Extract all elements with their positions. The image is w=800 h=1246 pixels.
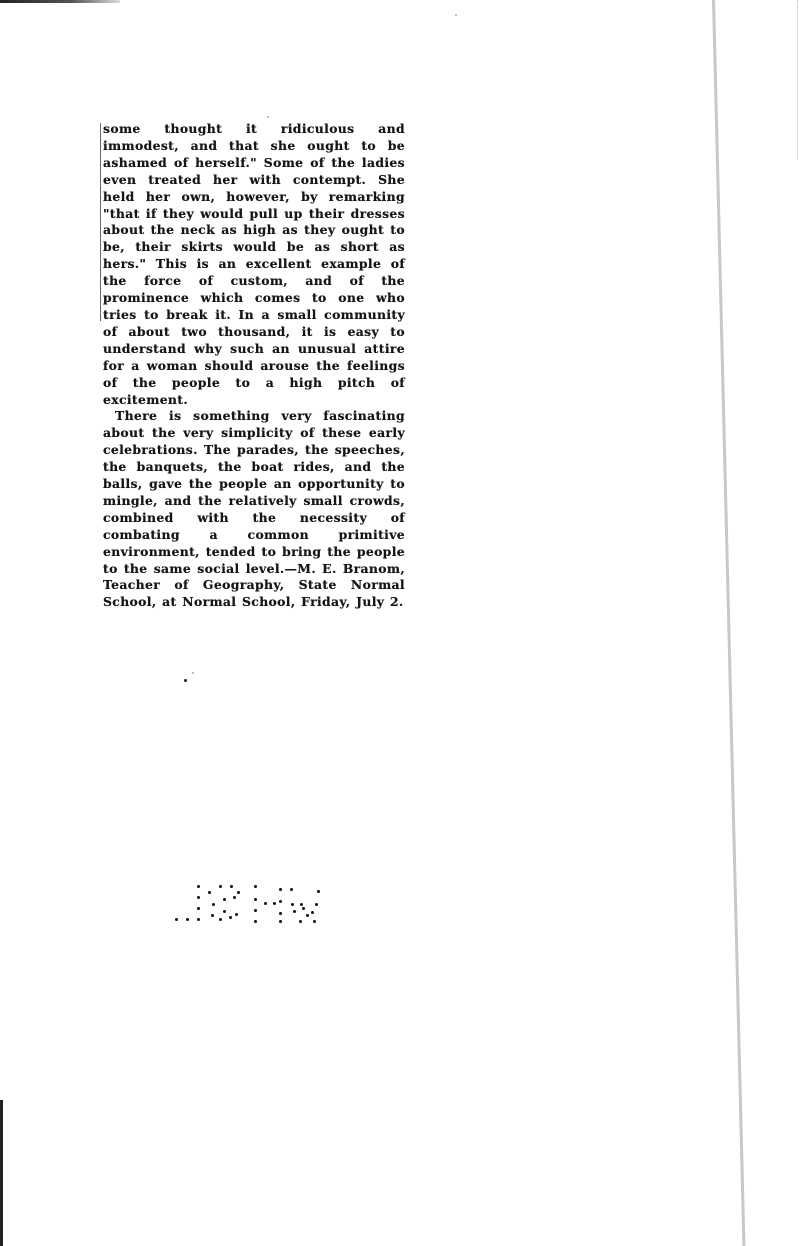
perforation-dot <box>293 910 296 913</box>
perforation-dot <box>254 920 257 923</box>
perforation-dot <box>299 920 302 923</box>
scan-speck <box>184 679 187 682</box>
paragraph-2: There is something very fascinating abou… <box>103 408 405 611</box>
perforation-dot <box>264 902 267 905</box>
perforation-dot <box>254 885 257 888</box>
perforation-dot <box>186 918 189 921</box>
perforation-dot <box>279 920 282 923</box>
scan-speck <box>455 14 457 16</box>
perforation-dot <box>291 903 294 906</box>
perforation-dot <box>273 902 276 905</box>
perforation-dot <box>300 903 303 906</box>
scan-right-edge <box>794 0 798 160</box>
page-fold-line <box>712 0 745 1246</box>
perforation-dot <box>311 911 314 914</box>
perforation-dot <box>223 910 226 913</box>
newspaper-clipping: some thought it ridiculous and immodest,… <box>103 121 405 611</box>
perforation-dot <box>197 896 200 899</box>
perforation-dot <box>279 888 282 891</box>
perforation-dot <box>233 896 236 899</box>
perforation-dot <box>230 885 233 888</box>
scan-speck <box>267 116 269 118</box>
perforation-dot <box>229 916 232 919</box>
perforation-dot <box>197 918 200 921</box>
perforation-dot <box>219 885 222 888</box>
perforation-dot <box>317 890 320 893</box>
perforation-dot <box>279 912 282 915</box>
perforation-dot <box>197 907 200 910</box>
clipping-left-border <box>100 123 101 321</box>
perforation-dot <box>254 898 257 901</box>
perforation-dot <box>211 914 214 917</box>
perforation-dot <box>306 914 309 917</box>
perforation-dot <box>235 913 238 916</box>
scan-speck <box>192 672 194 674</box>
perforation-dot <box>315 903 318 906</box>
perforated-stamp <box>175 880 345 930</box>
perforation-dot <box>313 920 316 923</box>
perforation-dot <box>279 900 282 903</box>
perforation-dot <box>197 885 200 888</box>
scan-left-edge <box>0 1100 3 1246</box>
perforation-dot <box>219 918 222 921</box>
perforation-dot <box>290 888 293 891</box>
perforation-dot <box>175 918 178 921</box>
paragraph-1: some thought it ridiculous and immodest,… <box>103 121 405 408</box>
perforation-dot <box>208 891 211 894</box>
perforation-dot <box>212 903 215 906</box>
perforation-dot <box>223 898 226 901</box>
scan-top-edge <box>0 0 120 3</box>
perforation-dot <box>237 891 240 894</box>
perforation-dot <box>254 909 257 912</box>
perforation-dot <box>302 907 305 910</box>
